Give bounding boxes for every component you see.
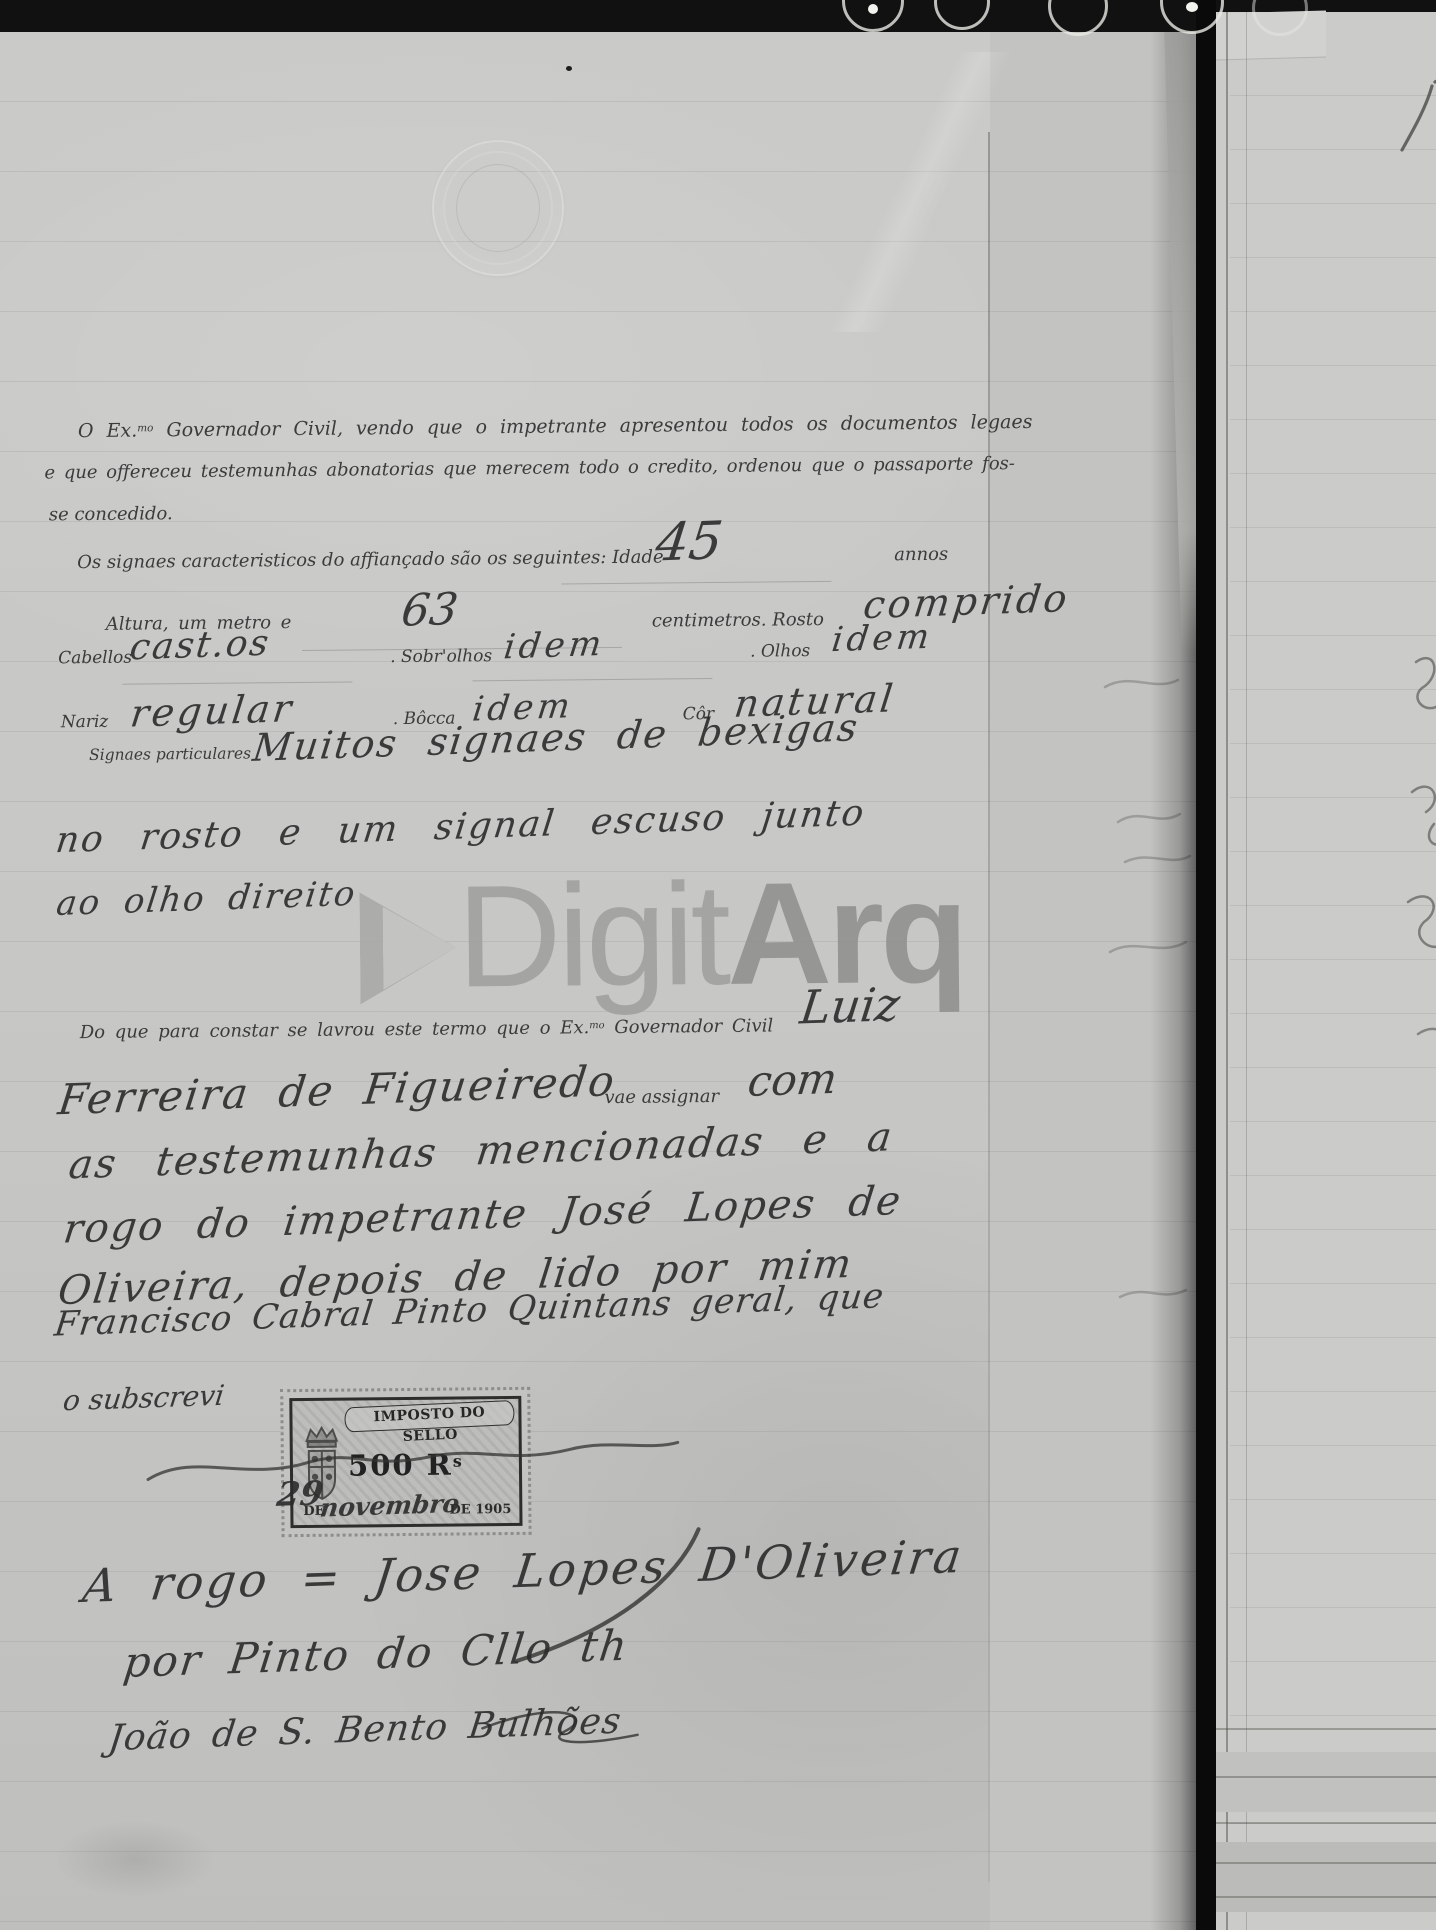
termo-com: com — [745, 1054, 840, 1106]
watermark-digit: Digit — [456, 853, 728, 1018]
document-content: DigitArq O Ex.mo Governador Civil, vendo… — [0, 21, 1210, 1930]
stacked-sheet — [1216, 1752, 1436, 1812]
annos-label: annos — [894, 544, 948, 566]
altura-value: 63 — [399, 584, 461, 637]
sheet-edge — [1216, 1776, 1436, 1778]
printed-line-3: se concedido. — [49, 503, 173, 525]
digitarq-arrow-icon — [359, 892, 456, 1005]
adjacent-page — [1216, 12, 1436, 1930]
signature-line-3: João de S. Bento Bulhões — [106, 1701, 624, 1760]
vae-assignar-label: vae assignar — [604, 1086, 719, 1108]
page-fold-line — [1226, 12, 1228, 1930]
closing-printed: Do que para constar se lavrou este termo… — [80, 1015, 774, 1043]
signature-line-2: por Pinto do Cllo th — [121, 1621, 632, 1687]
cabellos-value: cast.os — [128, 622, 273, 668]
sheet-edge — [1216, 1896, 1436, 1898]
termo-line-2: rogo do impetrante José Lopes de — [61, 1178, 905, 1253]
stamp-month-value: novembro — [319, 1489, 462, 1523]
archival-scan: DigitArq O Ex.mo Governador Civil, vendo… — [0, 0, 1436, 1930]
sheet-edge — [1216, 1822, 1436, 1824]
stamp-title-banner: IMPOSTO DO SELLO — [344, 1400, 515, 1433]
termo-line-1: as testemunhas mencionadas e a — [66, 1114, 896, 1188]
signaes-value-1: Muitos signaes de bexigas — [250, 705, 861, 770]
field-baseline — [472, 678, 712, 681]
document-page: DigitArq O Ex.mo Governador Civil, vendo… — [0, 32, 1196, 1930]
printed-line-1: O Ex.mo Governador Civil, vendo que o im… — [78, 411, 1033, 442]
stamp-date-row: 29 DE novembro DE 1905 — [303, 1490, 511, 1519]
idade-value: 45 — [652, 511, 726, 574]
termo-line-5: o subscrevi — [61, 1379, 226, 1418]
printed-line-2: e que offereceu testemunhas abonatorias … — [44, 453, 1015, 483]
binder-ring-highlight — [1186, 2, 1198, 12]
signaes-label: Signaes particulares — [89, 744, 251, 764]
governador-name-1: Luiz — [797, 977, 903, 1035]
stacked-sheet — [1216, 1842, 1436, 1912]
nariz-label: Nariz — [61, 712, 109, 732]
sobrolhos-value: idem — [502, 624, 608, 668]
signaes-value-3: ao olho direito — [54, 874, 359, 924]
adjacent-ruled-lines — [1230, 42, 1436, 1930]
field-baseline — [561, 581, 831, 585]
sheet-edge — [1216, 1862, 1436, 1864]
olhos-label: . Olhos — [750, 641, 810, 662]
cabellos-label: Cabellos — [58, 648, 132, 669]
signaes-value-2: no rosto e um signal escuso junto — [53, 793, 867, 862]
olhos-value: idem — [830, 617, 936, 661]
stamp-value: 500 Rs — [293, 1447, 519, 1483]
sheet-edge — [1216, 1728, 1436, 1730]
signature-line-1: A rogo = Jose Lopes D'Oliveira — [80, 1529, 967, 1613]
page-gap — [1196, 0, 1216, 1930]
stamp-day-value: 29 — [275, 1473, 326, 1514]
field-baseline — [122, 681, 352, 684]
page-fold-line — [1246, 12, 1247, 1930]
revenue-stamp: IMPOSTO DO SELLO 500 Rs 29 DE novembro D… — [289, 1396, 522, 1528]
centimetros-label: centimetros. Rosto — [652, 609, 824, 632]
binder-ring-highlight — [868, 4, 878, 14]
governador-name-2: Ferreira de Figueiredo — [55, 1056, 618, 1124]
signals-intro-label: Os signaes caracteristicos do affiançado… — [77, 546, 664, 573]
